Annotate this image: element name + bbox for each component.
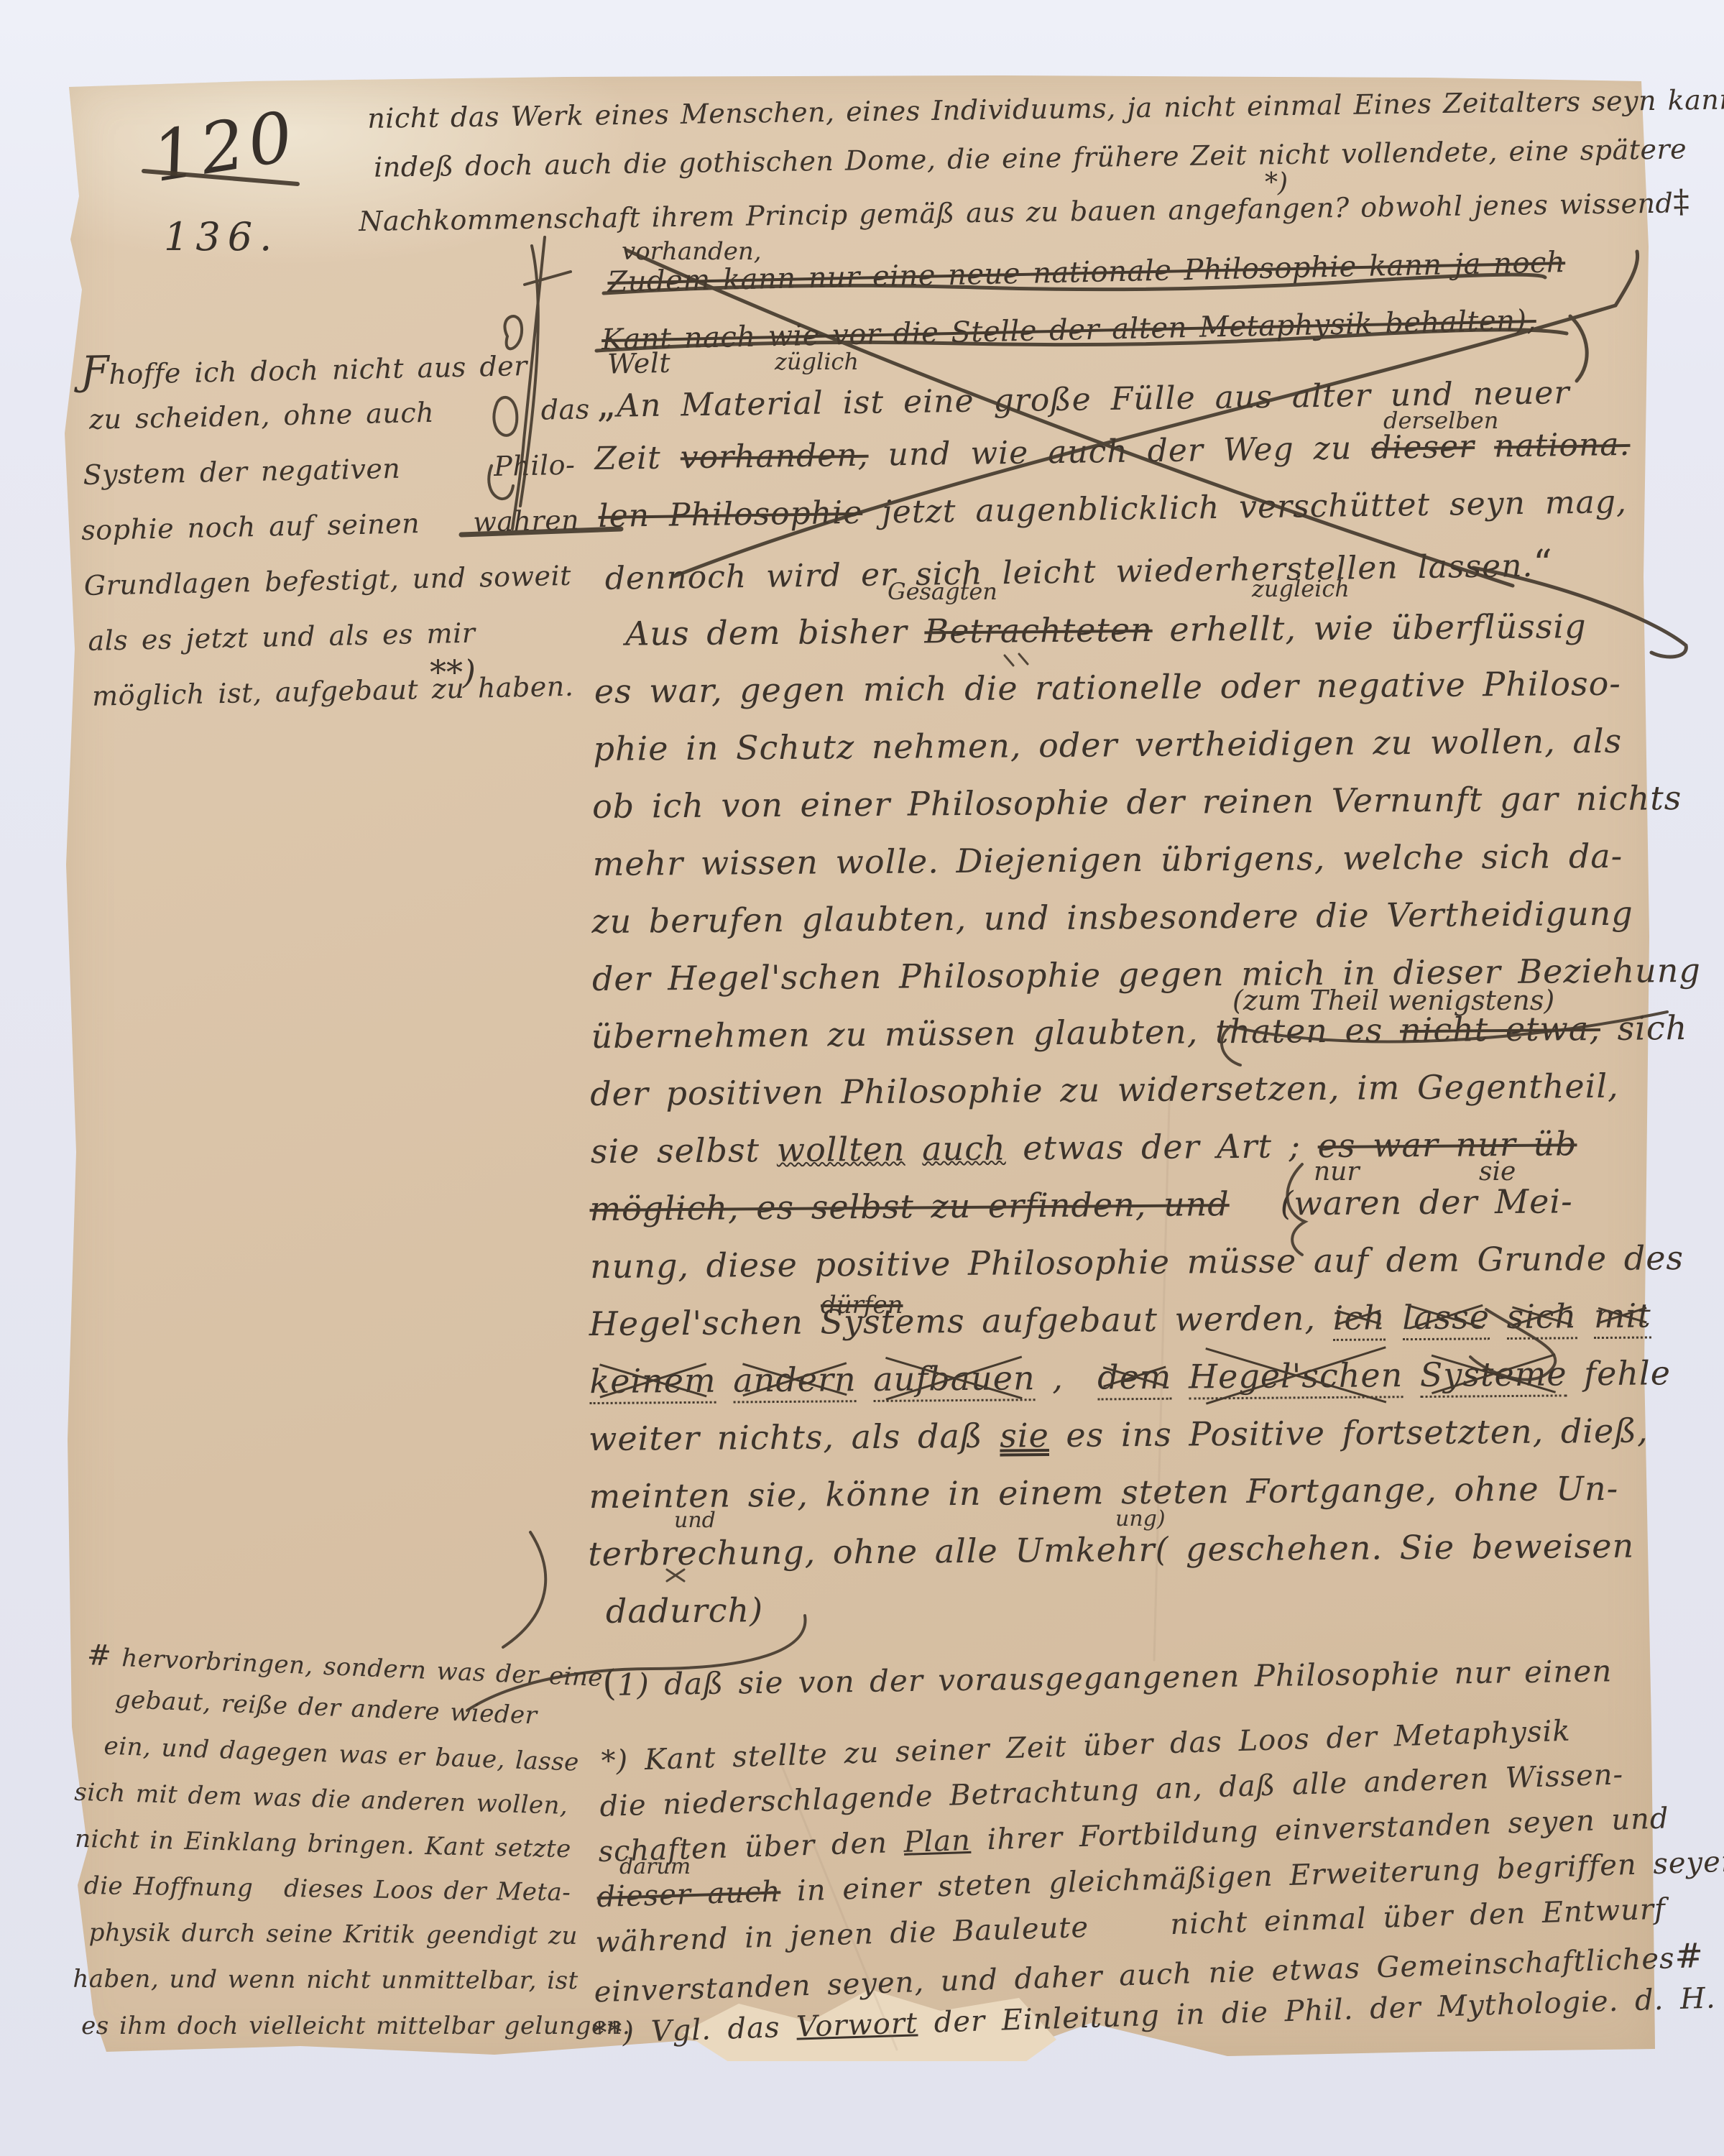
word-segment: ein, und dagegen was er baue, lasse <box>103 1732 580 1777</box>
word-segment: meinten sie, könne in einem steten Fortg… <box>589 1469 1618 1516</box>
word-segment: jetzt augenblicklich verschüttet seyn ma… <box>862 484 1627 531</box>
word-segment-xw: Hegel'schen <box>1189 1358 1403 1400</box>
manuscript-line: zu berufen glaubten, und insbesondere di… <box>591 896 1633 939</box>
word-segment-st: len Philosophie <box>598 494 862 535</box>
word-segment-xw: Systeme <box>1420 1356 1567 1398</box>
manuscript-line: phie in Schutz nehmen, oder vertheidigen… <box>593 724 1622 767</box>
word-segment-xw: ich <box>1332 1300 1386 1341</box>
word-segment-xw: andern <box>733 1362 857 1404</box>
word-segment-mark: ‡ <box>1673 182 1690 220</box>
word-segment <box>1171 1358 1189 1396</box>
word-segment-mark: „ <box>596 383 617 426</box>
manuscript-line: möglich ist, aufgebaut zu haben. <box>92 673 574 711</box>
word-segment: fehle <box>1567 1353 1671 1393</box>
manuscript-line: # hervorbringen, sondern was der eine <box>86 1640 604 1692</box>
manuscript-line: nicht das Werk eines Menschen, eines Ind… <box>367 86 1724 134</box>
word-segment: mehr wissen wolle. Diejenigen übrigens, … <box>592 837 1623 883</box>
interline-insertion: *) <box>1265 168 1288 198</box>
interline-insertion: sie <box>1479 1157 1516 1187</box>
word-segment: nicht das Werk eines Menschen, eines Ind… <box>367 83 1724 134</box>
handwriting-layer: nicht das Werk eines Menschen, eines Ind… <box>0 0 1724 2156</box>
word-segment: es ihm doch vielleicht mittelbar gelunge… <box>81 2012 630 2040</box>
word-segment: möglich ist, aufgebaut zu haben. <box>92 671 574 712</box>
manuscript-line: haben, und wenn nicht unmittelbar, ist <box>73 1967 578 1994</box>
word-segment-xw: keinem <box>589 1363 716 1405</box>
word-segment: nicht in Einklang bringen. Kant setzte <box>75 1825 571 1864</box>
interline-insertion: derselben <box>1383 407 1498 434</box>
word-segment: es war, gegen mich die rationelle oder n… <box>594 664 1621 711</box>
manuscript-line: nicht in Einklang bringen. Kant setzte <box>75 1827 571 1863</box>
manuscript-line: weiter nichts, als daß sie es ins Positi… <box>589 1414 1649 1457</box>
word-segment: dadurch) <box>606 1590 764 1631</box>
manuscript-line: es war, gegen mich die rationelle oder n… <box>594 666 1621 709</box>
word-segment: indeß doch auch die gothischen Dome, die… <box>374 133 1687 183</box>
word-segment: sie selbst <box>591 1130 777 1171</box>
word-segment: ob ich von einer Philosophie der reinen … <box>592 778 1682 826</box>
word-segment: erhellt, wie überflüssig <box>1153 607 1587 649</box>
interline-insertion: dürfen <box>821 1291 903 1319</box>
word-segment-st: vorhanden, <box>680 437 869 476</box>
manuscript-line: keinem andern aufbauen , dem Hegel'schen… <box>589 1355 1671 1404</box>
word-segment-xw: lasse <box>1402 1299 1490 1340</box>
word-segment: hoffe ich doch nicht aus der Welt <box>109 347 671 390</box>
word-segment-u: Vorwort <box>796 2007 918 2043</box>
manuscript-line: physik durch seine Kritik geendigt zu <box>89 1920 578 1949</box>
word-segment-st: dieser auch <box>596 1875 781 1914</box>
manuscript-line: terbrechung, ohne alle Umkehr( geschehen… <box>588 1529 1634 1572</box>
manuscript-line: (1) daß sie von der vorausgegangenen Phi… <box>602 1650 1613 1702</box>
manuscript-line: Kant nach wie vor die Stelle der alten M… <box>601 305 1536 355</box>
word-segment-mark: # <box>1674 1936 1705 1976</box>
word-segment <box>905 1129 922 1168</box>
word-segment: übernehmen zu müssen glaubten, thaten es <box>591 1010 1400 1056</box>
manuscript-line: Hegel'schen Systems aufgebaut werden, ic… <box>589 1298 1651 1347</box>
word-segment-u2: sie <box>1000 1416 1049 1455</box>
manuscript-line: nung, diese positive Philosophie müsse a… <box>590 1240 1684 1284</box>
interline-insertion: züglich <box>775 348 859 375</box>
word-segment: die Hoffnung dieses Loos der Meta- <box>84 1871 571 1907</box>
word-segment: und wie auch der Weg zu <box>868 430 1371 474</box>
manuscript-line: Zeit vorhanden, und wie auch der Weg zu … <box>594 428 1631 476</box>
word-segment <box>1577 1296 1594 1335</box>
manuscript-line: dadurch) <box>606 1593 764 1628</box>
word-segment: System der negativen Philo- <box>83 449 576 491</box>
interline-insertion: ung) <box>1115 1506 1166 1531</box>
word-segment: Aus dem bisher <box>625 612 925 653</box>
word-segment <box>1386 1298 1403 1337</box>
manuscript-line: gebaut, reiße der andere wieder <box>114 1687 538 1729</box>
word-segment: als es jetzt und als es mir <box>88 617 476 657</box>
manuscript-line: sich mit dem was die anderen wollen, <box>74 1780 568 1820</box>
interline-insertion: nur <box>1314 1157 1360 1187</box>
word-segment-uw: wollten <box>776 1130 905 1169</box>
word-segment: Grundlagen befestigt, und soweit <box>83 560 571 602</box>
word-segment <box>716 1361 733 1400</box>
manuscript-line: meinten sie, könne in einem steten Fortg… <box>589 1471 1618 1514</box>
word-segment: , <box>1035 1358 1097 1398</box>
manuscript-line: dennoch wird er sich leicht wiederherste… <box>604 544 1553 596</box>
word-segment-mark: ( <box>602 1662 617 1704</box>
word-segment: zu scheiden, ohne auch das <box>89 393 591 436</box>
manuscript-line: len Philosophie jetzt augenblicklich ver… <box>598 486 1627 533</box>
word-segment-xw: sich <box>1506 1299 1577 1340</box>
word-segment-xw: aufbauen <box>873 1360 1036 1402</box>
word-segment: weiter nichts, als daß <box>589 1416 1000 1458</box>
word-segment: phie in Schutz nehmen, oder vertheidigen… <box>593 722 1622 768</box>
word-segment-big: Ƒ <box>80 347 109 394</box>
word-segment-xw: mit <box>1594 1298 1651 1339</box>
word-segment: Zeit <box>594 439 681 477</box>
manuscript-line: zu scheiden, ohne auch das <box>89 395 590 434</box>
manuscript-line: Nachkommenschaft ihrem Princip gemäß aus… <box>359 184 1690 236</box>
manuscript-line: ein, und dagegen was er baue, lasse <box>103 1734 579 1777</box>
manuscript-line: Grundlagen befestigt, und soweit <box>83 562 571 601</box>
word-segment-mark: “ <box>1533 542 1553 585</box>
word-segment-st: möglich, es selbst zu erfinden, und <box>589 1184 1230 1228</box>
manuscript-line: mehr wissen wolle. Diejenigen übrigens, … <box>593 839 1623 882</box>
word-segment-uw: auch <box>922 1129 1006 1169</box>
manuscript-line: sophie noch auf seinen wahren <box>81 507 580 545</box>
word-segment: gebaut, reiße der andere wieder <box>114 1685 538 1731</box>
interline-insertion: und <box>674 1508 716 1533</box>
manuscript-line: Ƒhoffe ich doch nicht aus der Welt <box>80 338 671 392</box>
manuscript-line: Aus dem bisher Betrachteten erhellt, wie… <box>625 609 1587 651</box>
word-segment: sophie noch auf seinen wahren <box>81 505 580 547</box>
manuscript-line: möglich, es selbst zu erfinden, und (war… <box>589 1184 1573 1226</box>
word-segment-u: Plan <box>903 1824 972 1859</box>
word-segment <box>856 1360 873 1399</box>
interline-insertion: (zum Theil wenigstens) <box>1232 985 1554 1016</box>
word-segment-st: Betrachteten <box>924 610 1153 650</box>
word-segment: (waren der Mei- <box>1229 1181 1572 1223</box>
word-segment: terbrechung, ohne alle Umkehr( geschehen… <box>588 1526 1634 1573</box>
word-segment-mark: # <box>86 1639 112 1672</box>
word-segment: der positiven Philosophie zu widersetzen… <box>590 1067 1619 1113</box>
interline-insertion: darum <box>619 1854 691 1879</box>
manuscript-line: indeß doch auch die gothischen Dome, die… <box>374 135 1687 182</box>
interline-insertion: vorhanden, <box>622 237 762 266</box>
word-segment: nung, diese positive Philosophie müsse a… <box>590 1238 1684 1286</box>
manuscript-line: die Hoffnung dieses Loos der Meta- <box>84 1874 571 1906</box>
interline-insertion: zugleich <box>1252 575 1350 602</box>
word-segment: haben, und wenn nicht unmittelbar, ist <box>73 1965 578 1995</box>
manuscript-line: als es jetzt und als es mir <box>88 619 476 656</box>
manuscript-line: es ihm doch vielleicht mittelbar gelunge… <box>81 2014 630 2040</box>
word-segment: 1) daß sie von der vorausgegangenen Phil… <box>617 1653 1612 1702</box>
word-segment: Nachkommenschaft ihrem Princip gemäß aus… <box>359 188 1674 238</box>
word-segment <box>1490 1297 1507 1336</box>
word-segment: physik durch seine Kritik geendigt zu <box>89 1918 578 1950</box>
word-segment: Hegel'schen Systems aufgebaut werden, <box>589 1299 1333 1343</box>
word-segment: sich <box>1600 1008 1688 1048</box>
word-segment-xw: dem <box>1097 1360 1172 1401</box>
word-segment: zu berufen glaubten, und insbesondere di… <box>591 894 1633 941</box>
manuscript-line: der positiven Philosophie zu widersetzen… <box>590 1069 1619 1112</box>
manuscript-line: übernehmen zu müssen glaubten, thaten es… <box>591 1010 1687 1054</box>
manuscript-line: System der negativen Philo- <box>83 451 576 490</box>
word-segment: etwas der Art ; <box>1005 1126 1317 1167</box>
word-segment: sich mit dem was die anderen wollen, <box>74 1778 568 1820</box>
scanned-manuscript-page: 120 136. nicht das Werk eines Menschen, … <box>0 0 1724 2156</box>
manuscript-line: ob ich von einer Philosophie der reinen … <box>592 780 1682 824</box>
word-segment: ihrer Fortbildung einverstanden seyen un… <box>970 1802 1669 1857</box>
word-segment: es ins Positive fortsetzten, dieß, <box>1049 1411 1649 1455</box>
manuscript-line: sie selbst wollten auch etwas der Art ; … <box>591 1126 1577 1169</box>
word-segment: hervorbringen, sondern was der eine <box>111 1644 604 1693</box>
interline-insertion: **) <box>430 653 476 691</box>
word-segment-st: nationa. <box>1494 426 1631 465</box>
word-segment: dennoch wird er sich leicht wiederherste… <box>604 548 1533 597</box>
word-segment <box>1403 1355 1420 1394</box>
interline-insertion: Gesagten <box>888 578 997 605</box>
word-segment-st: Kant nach wie vor die Stelle der alten M… <box>601 304 1537 356</box>
